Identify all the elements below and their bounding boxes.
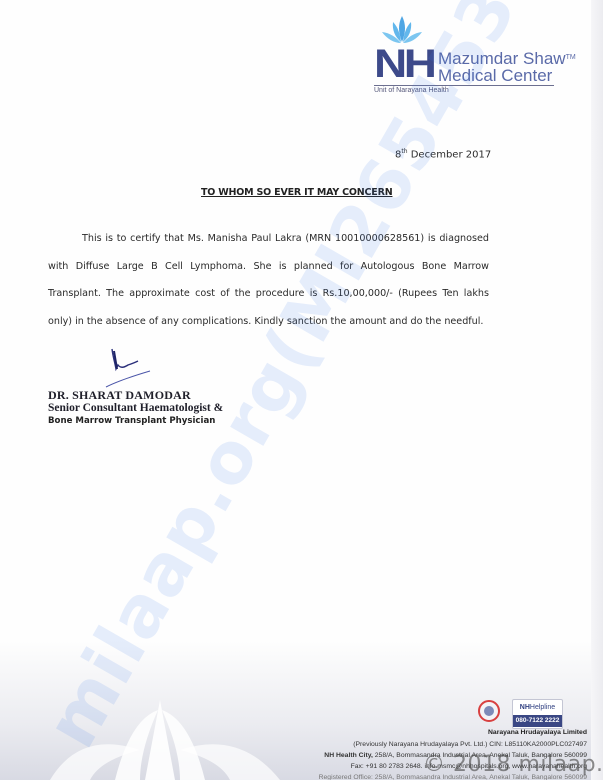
- copyright-watermark: © 2018 milaap.org: [423, 752, 603, 777]
- signature-icon: [98, 345, 158, 393]
- signatory-title: Senior Consultant Haematologist &: [48, 402, 223, 414]
- helpline-number: 080-7122 2222: [513, 715, 562, 727]
- footer-cin: (Previously Narayana Hrudayalaya Pvt. Lt…: [353, 741, 587, 748]
- page-edge: [591, 0, 603, 780]
- helpline-label: NHHelpline: [513, 700, 562, 715]
- company-name: Narayana Hrudayalaya Limited: [488, 729, 587, 736]
- accreditation-seal-icon: [478, 700, 500, 722]
- signatory-name: DR. SHARAT DAMODAR: [48, 388, 191, 403]
- helpline-badge: NHHelpline 080-7122 2222: [512, 699, 563, 729]
- letter-page: NH Mazumdar ShawTM Medical Center Unit o…: [0, 0, 603, 780]
- signatory-title-2: Bone Marrow Transplant Physician: [48, 416, 215, 426]
